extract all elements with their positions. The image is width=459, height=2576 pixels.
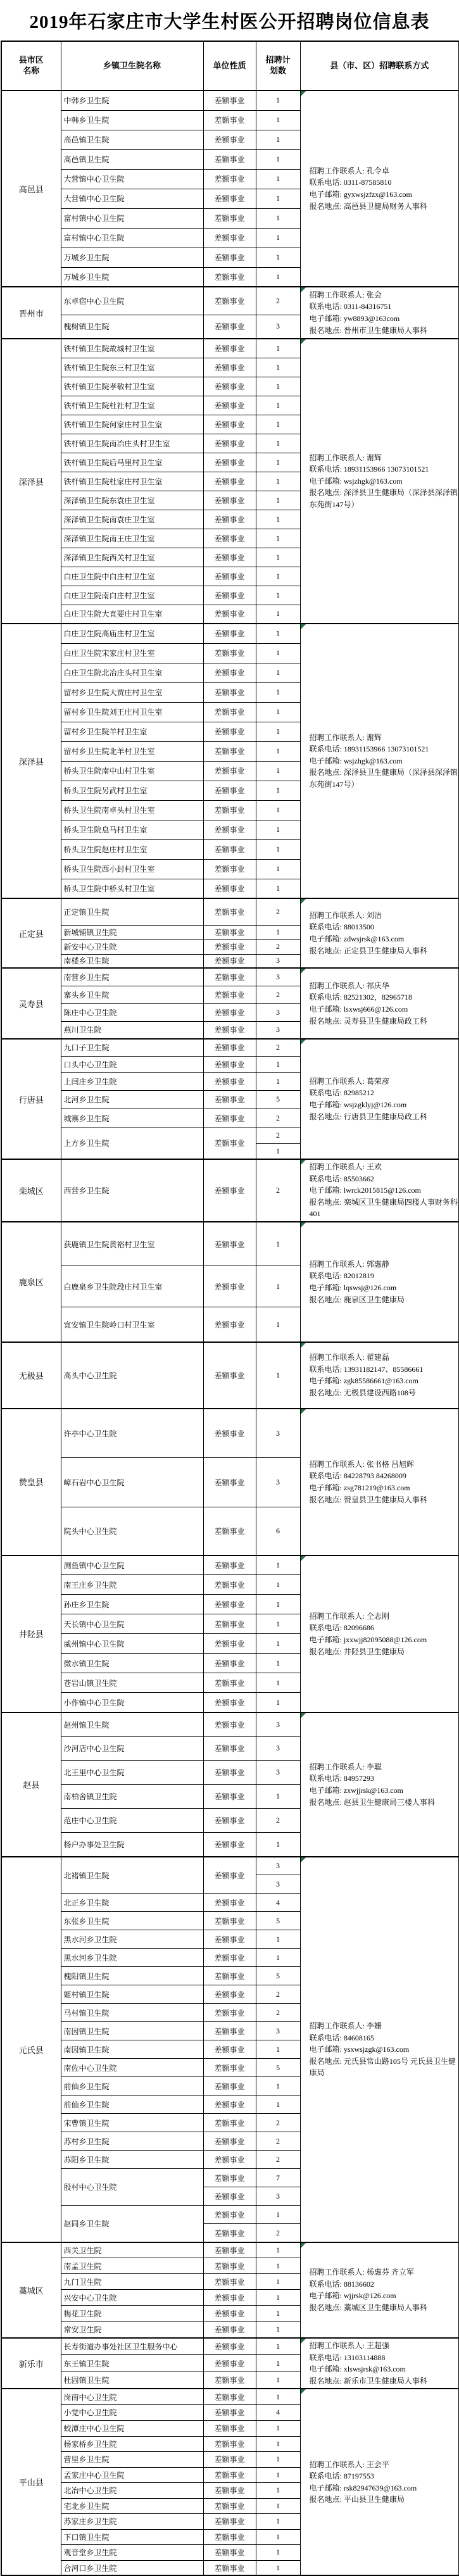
unit-type-cell: 差额事业 bbox=[203, 761, 256, 781]
hospital-cell: 铁杆镇卫生院后马里村卫生室 bbox=[61, 453, 203, 472]
plan-count-cell: 1 bbox=[256, 2095, 300, 2114]
hospital-cell: 高邑镇卫生院 bbox=[61, 130, 203, 149]
plan-count-cell: 1 bbox=[256, 2322, 300, 2338]
unit-type-cell: 差额事业 bbox=[203, 2242, 256, 2258]
hospital-cell: 留村乡卫生院大贾庄村卫生室 bbox=[61, 682, 203, 702]
contact-cell: 招聘工作联系人: 仝志刚联系电话: 82096686电子邮箱: jxxwjj82… bbox=[300, 1555, 459, 1712]
hospital-cell: 苏阳乡卫生院 bbox=[61, 2151, 203, 2169]
unit-type-cell: 差额事业 bbox=[203, 377, 256, 396]
plan-count-cell: 1 bbox=[256, 1056, 300, 1072]
unit-type-cell: 差额事业 bbox=[203, 1109, 256, 1128]
hospital-cell: 范庄中心卫生院 bbox=[61, 1809, 203, 1833]
plan-count-cell: 2 bbox=[256, 1128, 300, 1143]
unit-type-cell: 差额事业 bbox=[203, 624, 256, 643]
hospital-cell: 苏家庄乡卫生院 bbox=[61, 2513, 203, 2529]
plan-count-cell: 1 bbox=[256, 2258, 300, 2274]
unit-type-cell: 差额事业 bbox=[203, 925, 256, 939]
contact-line: 报名地点: 灵寿县卫生健康局政工科 bbox=[310, 1015, 458, 1027]
plan-count-cell: 1 bbox=[256, 1307, 300, 1342]
hospital-cell: 姬村镇卫生院 bbox=[61, 1985, 203, 2004]
unit-type-cell: 差额事业 bbox=[203, 968, 256, 986]
unit-type-cell: 差额事业 bbox=[203, 1021, 256, 1039]
unit-type-cell: 差额事业 bbox=[203, 208, 256, 228]
hospital-cell: 高头中心卫生院 bbox=[61, 1342, 203, 1409]
plan-count-cell: 1 bbox=[256, 2290, 300, 2306]
plan-count-cell: 1 bbox=[256, 1654, 300, 1673]
county-cell: 新乐市 bbox=[1, 2338, 61, 2389]
hospital-cell: 深泽镇卫生院东袁庄卫生室 bbox=[61, 491, 203, 510]
hospital-cell: 城寨乡卫生院 bbox=[61, 1109, 203, 1128]
plan-count-cell: 1 bbox=[256, 2242, 300, 2258]
unit-type-cell: 差额事业 bbox=[203, 149, 256, 169]
hospital-cell: 小作镇中心卫生院 bbox=[61, 1693, 203, 1712]
unit-type-cell: 差额事业 bbox=[203, 2451, 256, 2467]
contact-line: 联系电话: 87197553 bbox=[310, 2470, 458, 2482]
table-body: 高邑县中韩乡卫生院差额事业1招聘工作联系人: 孔令卓联系电话: 0311-875… bbox=[1, 91, 459, 2575]
contact-cell: 招聘工作联系人: 葛荣彦联系电话: 82985212电子邮箱: wsjzgkly… bbox=[300, 1039, 459, 1159]
unit-type-cell: 差额事业 bbox=[203, 110, 256, 130]
plan-count-cell: 1 bbox=[256, 529, 300, 548]
unit-type-cell: 差额事业 bbox=[203, 1761, 256, 1785]
hospital-cell: 测鱼镇中心卫生院 bbox=[61, 1555, 203, 1575]
hospital-cell: 铁杆镇卫生院杜社村卫生室 bbox=[61, 396, 203, 415]
plan-count-cell: 7 bbox=[256, 2169, 300, 2187]
unit-type-cell: 差额事业 bbox=[203, 2151, 256, 2169]
hospital-cell: 铁杆镇卫生院孝敬村卫生室 bbox=[61, 377, 203, 396]
hospital-cell: 杜固镇卫生院 bbox=[61, 2372, 203, 2389]
unit-type-cell: 差额事业 bbox=[203, 2004, 256, 2022]
plan-count-cell: 1 bbox=[256, 567, 300, 586]
contact-line: 联系电话: 18931153966 13073101521 bbox=[310, 463, 458, 475]
unit-type-cell: 差额事业 bbox=[203, 2077, 256, 2095]
unit-type-cell: 差额事业 bbox=[203, 820, 256, 839]
hospital-cell: 陈庄中心卫生院 bbox=[61, 1003, 203, 1021]
plan-count-cell: 3 bbox=[256, 954, 300, 968]
unit-type-cell: 差额事业 bbox=[203, 453, 256, 472]
unit-type-cell: 差额事业 bbox=[203, 2132, 256, 2151]
contact-line: 联系电话: 0311-84316751 bbox=[310, 301, 458, 313]
contact-cell: 招聘工作联系人: 张书格 吕旭辉联系电话: 84228793 84268009电… bbox=[300, 1409, 459, 1555]
hospital-cell: 西关卫生院 bbox=[61, 2242, 203, 2258]
county-cell: 赞皇县 bbox=[1, 1409, 61, 1555]
contact-line: 招聘工作联系人: 谢辉 bbox=[310, 732, 458, 744]
plan-count-cell: 1 bbox=[256, 2306, 300, 2322]
plan-count-cell: 1 bbox=[256, 491, 300, 510]
hospital-cell: 中韩乡卫生院 bbox=[61, 110, 203, 130]
hospital-cell: 万城乡卫生院 bbox=[61, 267, 203, 287]
contact-line: 招聘工作联系人: 祁庆华 bbox=[310, 980, 458, 992]
hospital-cell: 铁杆镇卫生院东三村卫生室 bbox=[61, 358, 203, 377]
hospital-cell: 深泽镇卫生院南袁庄卫生室 bbox=[61, 510, 203, 529]
unit-type-cell: 差额事业 bbox=[203, 2169, 256, 2187]
unit-type-cell: 差额事业 bbox=[203, 722, 256, 741]
contact-line: 招聘工作联系人: 谢辉 bbox=[310, 452, 458, 464]
contact-line: 报名地点: 平山县卫生健康局 bbox=[310, 2494, 458, 2506]
hospital-cell: 深泽镇卫生院南王庄卫生室 bbox=[61, 529, 203, 548]
plan-count-cell: 1 bbox=[256, 702, 300, 722]
plan-count-cell: 1 bbox=[256, 339, 300, 358]
contact-line: 招聘工作联系人: 李聪 bbox=[310, 1761, 458, 1773]
hospital-cell: 桥头卫生院南卓头村卫生室 bbox=[61, 800, 203, 820]
hospital-cell: 白庄卫生院宋家庄村卫生室 bbox=[61, 643, 203, 663]
unit-type-cell: 差额事业 bbox=[203, 315, 256, 339]
plan-count-cell: 1 bbox=[256, 1595, 300, 1614]
unit-type-cell: 差额事业 bbox=[203, 396, 256, 415]
hospital-cell: 新安中心卫生院 bbox=[61, 939, 203, 954]
plan-count-cell: 1 bbox=[256, 434, 300, 453]
hospital-cell: 白庄卫生院高庙庄村卫生室 bbox=[61, 624, 203, 643]
unit-type-cell: 差额事业 bbox=[203, 1159, 256, 1222]
positions-table: 县市区名称乡镇卫生院名称单位性质招聘计划数县（市、区）招聘联系方式 高邑县中韩乡… bbox=[1, 41, 459, 2576]
unit-type-cell: 差额事业 bbox=[203, 1507, 256, 1555]
unit-type-cell: 差额事业 bbox=[203, 1894, 256, 1912]
plan-count-cell: 1 bbox=[256, 110, 300, 130]
hospital-cell: 南楼乡卫生院 bbox=[61, 954, 203, 968]
hospital-cell: 常安卫生院 bbox=[61, 2322, 203, 2338]
hospital-cell: 北冶中心卫生院 bbox=[61, 2482, 203, 2498]
plan-count-cell: 1 bbox=[256, 2389, 300, 2404]
unit-type-cell: 差额事业 bbox=[203, 1737, 256, 1761]
page-title: 2019年石家庄市大学生村医公开招聘岗位信息表 bbox=[0, 0, 459, 41]
hospital-cell: 白庄卫生院南白庄村卫生室 bbox=[61, 586, 203, 605]
plan-count-cell: 1 bbox=[256, 189, 300, 208]
plan-count-cell: 1 bbox=[256, 248, 300, 267]
hospital-cell: 苏村乡卫生院 bbox=[61, 2132, 203, 2151]
contact-line: 报名地点: 新乐市卫生健康局人事科 bbox=[310, 2375, 458, 2387]
plan-count-cell: 1 bbox=[256, 2513, 300, 2529]
hospital-cell: 上方乡卫生院 bbox=[61, 1128, 203, 1159]
contact-line: 联系电话: 13931182147、85586661 bbox=[310, 1364, 458, 1376]
contact-cell: 招聘工作联系人: 刘洁联系电话: 88013500电子邮箱: zdwsjrsk@… bbox=[300, 898, 459, 968]
hospital-cell: 桥头卫生院另武村卫生室 bbox=[61, 781, 203, 800]
unit-type-cell: 差额事业 bbox=[203, 2059, 256, 2077]
hospital-cell: 营里乡卫生院 bbox=[61, 2451, 203, 2467]
unit-type-cell: 差额事业 bbox=[203, 1056, 256, 1072]
hospital-cell: 白庄卫生院北冶庄头村卫生室 bbox=[61, 663, 203, 682]
unit-type-cell: 差额事业 bbox=[203, 2258, 256, 2274]
plan-count-cell: 2 bbox=[256, 2132, 300, 2151]
unit-type-cell: 差额事业 bbox=[203, 2206, 256, 2224]
unit-type-cell: 差额事业 bbox=[203, 1072, 256, 1090]
hospital-cell: 留村乡卫生院北羊村卫生室 bbox=[61, 741, 203, 761]
plan-count-cell: 1 bbox=[256, 2077, 300, 2095]
contact-line: 联系电话: 88013500 bbox=[310, 921, 458, 933]
plan-count-cell: 3 bbox=[256, 1857, 300, 1875]
county-cell: 灵寿县 bbox=[1, 968, 61, 1039]
contact-cell: 招聘工作联系人: 谢辉联系电话: 18931153966 13073101521… bbox=[300, 624, 459, 898]
plan-count-cell: 2 bbox=[256, 1809, 300, 1833]
county-cell: 晋州市 bbox=[1, 287, 61, 339]
plan-count-cell: 2 bbox=[256, 1159, 300, 1222]
contact-line: 招聘工作联系人: 王会平 bbox=[310, 2459, 458, 2471]
contact-cell: 招聘工作联系人: 王超强联系电话: 13103114888电子邮箱: xlsws… bbox=[300, 2338, 459, 2389]
unit-type-cell: 差额事业 bbox=[203, 1693, 256, 1712]
table-row: 无极县高头中心卫生院差额事业1招聘工作联系人: 翟建磊联系电话: 1393118… bbox=[1, 1342, 459, 1409]
contact-line: 招聘工作联系人: 仝志刚 bbox=[310, 1611, 458, 1623]
plan-count-cell: 1 bbox=[256, 2451, 300, 2467]
unit-type-cell: 差额事业 bbox=[203, 2529, 256, 2544]
contact-line: 招聘工作联系人: 李姗 bbox=[310, 2020, 458, 2032]
unit-type-cell: 差额事业 bbox=[203, 2544, 256, 2560]
contact-line: 电子邮箱: zsg781219@163.com bbox=[310, 1482, 458, 1494]
plan-count-cell: 1 bbox=[256, 1693, 300, 1712]
plan-count-cell: 3 bbox=[256, 1712, 300, 1737]
table-row: 深泽县白庄卫生院高庙庄村卫生室差额事业1招聘工作联系人: 谢辉联系电话: 189… bbox=[1, 624, 459, 643]
hospital-cell: 北正乡卫生院 bbox=[61, 1894, 203, 1912]
contact-line: 联系电话: 85503662 bbox=[310, 1173, 458, 1185]
contact-line: 电子邮箱: zgk85586661@163.com bbox=[310, 1375, 458, 1387]
contact-cell: 招聘工作联系人: 谢辉联系电话: 18931153966 13073101521… bbox=[300, 339, 459, 624]
unit-type-cell: 差额事业 bbox=[203, 189, 256, 208]
hospital-cell: 嶂石岩中心卫生院 bbox=[61, 1458, 203, 1507]
hospital-cell: 北褚镇卫生院 bbox=[61, 1857, 203, 1894]
column-header-3: 招聘计划数 bbox=[256, 41, 300, 91]
plan-count-cell: 4 bbox=[256, 1894, 300, 1912]
county-cell: 高邑县 bbox=[1, 91, 61, 287]
hospital-cell: 寨头乡卫生院 bbox=[61, 986, 203, 1003]
plan-count-cell: 2 bbox=[256, 2224, 300, 2242]
unit-type-cell: 差额事业 bbox=[203, 1673, 256, 1693]
hospital-cell: 岗南中心卫生院 bbox=[61, 2389, 203, 2404]
county-cell: 鹿泉区 bbox=[1, 1222, 61, 1342]
unit-type-cell: 差额事业 bbox=[203, 2040, 256, 2059]
contact-line: 电子邮箱: yw8893@163com bbox=[310, 313, 458, 325]
hospital-cell: 白庄卫生院中白庄村卫生室 bbox=[61, 567, 203, 586]
contact-line: 报名地点: 赞皇县卫生健康局人事科 bbox=[310, 1494, 458, 1506]
contact-line: 联系电话: 82521302，82965718 bbox=[310, 991, 458, 1003]
table-row: 正定县正定镇卫生院差额事业2招聘工作联系人: 刘洁联系电话: 88013500电… bbox=[1, 898, 459, 925]
plan-count-cell: 2 bbox=[256, 1985, 300, 2004]
plan-count-cell: 2 bbox=[256, 2114, 300, 2132]
contact-line: 报名地点: 元氏县常山路105号 元氏县卫生健康局 bbox=[310, 2056, 458, 2079]
county-cell: 井陉县 bbox=[1, 1555, 61, 1712]
unit-type-cell: 差额事业 bbox=[203, 1342, 256, 1409]
plan-count-cell: 2 bbox=[256, 939, 300, 954]
unit-type-cell: 差额事业 bbox=[203, 358, 256, 377]
plan-count-cell: 1 bbox=[256, 1143, 300, 1159]
hospital-cell: 南孟卫生院 bbox=[61, 2258, 203, 2274]
unit-type-cell: 差额事业 bbox=[203, 1809, 256, 1833]
plan-count-cell: 3 bbox=[256, 1003, 300, 1021]
county-cell: 藁城区 bbox=[1, 2242, 61, 2338]
unit-type-cell: 差额事业 bbox=[203, 130, 256, 149]
hospital-cell: 铁杆镇卫生院杜家庄村卫生室 bbox=[61, 472, 203, 491]
unit-type-cell: 差额事业 bbox=[203, 2389, 256, 2404]
plan-count-cell: 1 bbox=[256, 820, 300, 839]
county-cell: 深泽县 bbox=[1, 339, 61, 624]
plan-count-cell: 1 bbox=[256, 149, 300, 169]
hospital-cell: 白庄卫生院大直要庄村卫生室 bbox=[61, 605, 203, 624]
hospital-cell: 留村乡卫生院羊村卫生室 bbox=[61, 722, 203, 741]
contact-cell: 招聘工作联系人: 张会联系电话: 0311-84316751电子邮箱: yw88… bbox=[300, 287, 459, 339]
hospital-cell: 宅北乡卫生院 bbox=[61, 2498, 203, 2513]
unit-type-cell: 差额事业 bbox=[203, 1912, 256, 1930]
plan-count-cell: 1 bbox=[256, 1634, 300, 1654]
unit-type-cell: 差额事业 bbox=[203, 567, 256, 586]
plan-count-cell: 1 bbox=[256, 91, 300, 110]
unit-type-cell: 差额事业 bbox=[203, 1967, 256, 1985]
plan-count-cell: 1 bbox=[256, 510, 300, 529]
hospital-cell: 殷村中心卫生院 bbox=[61, 2169, 203, 2206]
unit-type-cell: 差额事业 bbox=[203, 663, 256, 682]
hospital-cell: 南营乡卫生院 bbox=[61, 968, 203, 986]
hospital-cell: 合河口乡卫生院 bbox=[61, 2560, 203, 2575]
contact-cell: 招聘工作联系人: 王会平联系电话: 87197553电子邮箱: rsk82947… bbox=[300, 2389, 459, 2575]
contact-line: 联系电话: 18931153966 13073101521 bbox=[310, 743, 458, 755]
hospital-cell: 富村镇中心卫生院 bbox=[61, 228, 203, 248]
unit-type-cell: 差额事业 bbox=[203, 2355, 256, 2372]
hospital-cell: 铁杆镇卫生院何家庄村卫生室 bbox=[61, 415, 203, 434]
plan-count-cell: 1 bbox=[256, 267, 300, 287]
plan-count-cell: 1 bbox=[256, 208, 300, 228]
hospital-cell: 铁杆镇卫生院故城村卫生室 bbox=[61, 339, 203, 358]
unit-type-cell: 差额事业 bbox=[203, 1222, 256, 1266]
plan-count-cell: 3 bbox=[256, 1761, 300, 1785]
hospital-cell: 万城乡卫生院 bbox=[61, 248, 203, 267]
unit-type-cell: 差额事业 bbox=[203, 287, 256, 315]
contact-cell: 招聘工作联系人: 王欢联系电话: 85503662电子邮箱: lwrck2015… bbox=[300, 1159, 459, 1222]
hospital-cell: 留村乡卫生院刘王庄村卫生室 bbox=[61, 702, 203, 722]
contact-cell: 招聘工作联系人: 李姗联系电话: 84608165电子邮箱: ysxwsjzgk… bbox=[300, 1857, 459, 2242]
unit-type-cell: 差额事业 bbox=[203, 2114, 256, 2132]
plan-count-cell: 3 bbox=[256, 1875, 300, 1894]
hospital-cell: 前仙乡卫生院 bbox=[61, 2095, 203, 2114]
county-cell: 平山县 bbox=[1, 2389, 61, 2575]
contact-line: 电子邮箱: rsk82947639@163.com bbox=[310, 2482, 458, 2494]
plan-count-cell: 1 bbox=[256, 1833, 300, 1857]
hospital-cell: 东王镇卫生院 bbox=[61, 2355, 203, 2372]
plan-count-cell: 1 bbox=[256, 2529, 300, 2544]
unit-type-cell: 差额事业 bbox=[203, 1712, 256, 1737]
plan-count-cell: 1 bbox=[256, 2420, 300, 2436]
unit-type-cell: 差额事业 bbox=[203, 839, 256, 859]
table-row: 灵寿县南营乡卫生院差额事业3招聘工作联系人: 祁庆华联系电话: 82521302… bbox=[1, 968, 459, 986]
contact-line: 报名地点: 深泽县卫生健康局（深泽县深泽镇东苑街147号） bbox=[310, 767, 458, 790]
hospital-cell: 梅花卫生院 bbox=[61, 2306, 203, 2322]
unit-type-cell: 差额事业 bbox=[203, 1003, 256, 1021]
hospital-cell: 杨家桥乡卫生院 bbox=[61, 2436, 203, 2451]
plan-count-cell: 1 bbox=[256, 663, 300, 682]
hospital-cell: 孟家庄中心卫生院 bbox=[61, 2467, 203, 2482]
contact-line: 报名地点: 藁城区卫生健康局人事科 bbox=[310, 2302, 458, 2314]
unit-type-cell: 差额事业 bbox=[203, 2436, 256, 2451]
column-header-4: 县（市、区）招聘联系方式 bbox=[300, 41, 459, 91]
plan-count-cell: 1 bbox=[256, 643, 300, 663]
plan-count-cell: 1 bbox=[256, 1555, 300, 1575]
column-header-0: 县市区名称 bbox=[1, 41, 61, 91]
contact-line: 电子邮箱: xlswsjrsk@163.com bbox=[310, 2363, 458, 2375]
table-row: 高邑县中韩乡卫生院差额事业1招聘工作联系人: 孔令卓联系电话: 0311-875… bbox=[1, 91, 459, 110]
unit-type-cell: 差额事业 bbox=[203, 2274, 256, 2290]
hospital-cell: 南因镇卫生院 bbox=[61, 2022, 203, 2040]
hospital-cell: 深泽镇卫生院西关村卫生室 bbox=[61, 548, 203, 567]
plan-count-cell: 2 bbox=[256, 2151, 300, 2169]
plan-count-cell: 5 bbox=[256, 2059, 300, 2077]
unit-type-cell: 差额事业 bbox=[203, 2022, 256, 2040]
unit-type-cell: 差额事业 bbox=[203, 510, 256, 529]
hospital-cell: 宜安镇卫生院岭口村卫生室 bbox=[61, 1307, 203, 1342]
unit-type-cell: 差额事业 bbox=[203, 169, 256, 189]
unit-type-cell: 差额事业 bbox=[203, 1857, 256, 1894]
hospital-cell: 小觉中心卫生院 bbox=[61, 2404, 203, 2420]
contact-line: 招聘工作联系人: 王欢 bbox=[310, 1161, 458, 1173]
hospital-cell: 正定镇卫生院 bbox=[61, 898, 203, 925]
hospital-cell: 南佐中心卫生院 bbox=[61, 2059, 203, 2077]
hospital-cell: 兴安中心卫生院 bbox=[61, 2290, 203, 2306]
hospital-cell: 下口镇卫生院 bbox=[61, 2529, 203, 2544]
hospital-cell: 赵州镇卫生院 bbox=[61, 1712, 203, 1737]
hospital-cell: 沙河店中心卫生院 bbox=[61, 1737, 203, 1761]
contact-line: 联系电话: 82096686 bbox=[310, 1622, 458, 1634]
hospital-cell: 中韩乡卫生院 bbox=[61, 91, 203, 110]
hospital-cell: 白鹿泉乡卫生院段庄村卫生室 bbox=[61, 1266, 203, 1307]
unit-type-cell: 差额事业 bbox=[203, 491, 256, 510]
plan-count-cell: 1 bbox=[256, 2560, 300, 2575]
plan-count-cell: 1 bbox=[256, 2482, 300, 2498]
hospital-cell: 富村镇中心卫生院 bbox=[61, 208, 203, 228]
hospital-cell: 赵同乡卫生院 bbox=[61, 2206, 203, 2242]
unit-type-cell: 差额事业 bbox=[203, 2467, 256, 2482]
hospital-cell: 北河乡卫生院 bbox=[61, 1090, 203, 1109]
hospital-cell: 院头中心卫生院 bbox=[61, 1507, 203, 1555]
header-row: 县市区名称乡镇卫生院名称单位性质招聘计划数县（市、区）招聘联系方式 bbox=[1, 41, 459, 91]
unit-type-cell: 差额事业 bbox=[203, 781, 256, 800]
plan-count-cell: 1 bbox=[256, 1575, 300, 1595]
unit-type-cell: 差额事业 bbox=[203, 1595, 256, 1614]
hospital-cell: 南因镇卫生院 bbox=[61, 2040, 203, 2059]
table-row: 晋州市东卓宿中心卫生院差额事业2招聘工作联系人: 张会联系电话: 0311-84… bbox=[1, 287, 459, 315]
plan-count-cell: 5 bbox=[256, 1912, 300, 1930]
table-row: 栾城区西营乡卫生院差额事业2招聘工作联系人: 王欢联系电话: 85503662电… bbox=[1, 1159, 459, 1222]
contact-line: 招聘工作联系人: 孔令卓 bbox=[310, 165, 458, 177]
hospital-cell: 新城铺镇卫生院 bbox=[61, 925, 203, 939]
unit-type-cell: 差额事业 bbox=[203, 2498, 256, 2513]
contact-line: 电子邮箱: ysxwsjzgk@163.com bbox=[310, 2044, 458, 2056]
unit-type-cell: 差额事业 bbox=[203, 267, 256, 287]
plan-count-cell: 1 bbox=[256, 1614, 300, 1634]
contact-line: 报名地点: 赵县卫生健康局三楼人事科 bbox=[310, 1797, 458, 1809]
hospital-cell: 桥头卫生院息马村卫生室 bbox=[61, 820, 203, 839]
unit-type-cell: 差额事业 bbox=[203, 741, 256, 761]
unit-type-cell: 差额事业 bbox=[203, 91, 256, 110]
contact-line: 报名地点: 井陉县卫生健康局 bbox=[310, 1646, 458, 1658]
hospital-cell: 大营镇中心卫生院 bbox=[61, 169, 203, 189]
plan-count-cell: 1 bbox=[256, 781, 300, 800]
unit-type-cell: 差额事业 bbox=[203, 1090, 256, 1109]
plan-count-cell: 1 bbox=[256, 586, 300, 605]
contact-line: 电子邮箱: wsjzhgk@163.com bbox=[310, 755, 458, 767]
unit-type-cell: 差额事业 bbox=[203, 800, 256, 820]
plan-count-cell: 3 bbox=[256, 2022, 300, 2040]
unit-type-cell: 差额事业 bbox=[203, 1614, 256, 1634]
unit-type-cell: 差额事业 bbox=[203, 879, 256, 898]
contact-line: 报名地点: 栾城区卫生健康局四楼人事财务科401 bbox=[310, 1197, 458, 1220]
hospital-cell: 铁杆镇卫生院南冶庄头村卫生室 bbox=[61, 434, 203, 453]
unit-type-cell: 差额事业 bbox=[203, 643, 256, 663]
hospital-cell: 南柏舍镇卫生院 bbox=[61, 1785, 203, 1809]
plan-count-cell: 1 bbox=[256, 228, 300, 248]
contact-line: 报名地点: 正定县卫生健康局人事科 bbox=[310, 945, 458, 957]
plan-count-cell: 1 bbox=[256, 2206, 300, 2224]
contact-line: 招聘工作联系人: 张书格 吕旭辉 bbox=[310, 1459, 458, 1471]
county-cell: 无极县 bbox=[1, 1342, 61, 1409]
unit-type-cell: 差额事业 bbox=[203, 682, 256, 702]
contact-line: 招聘工作联系人: 杨惠芬 齐立军 bbox=[310, 2266, 458, 2278]
contact-line: 联系电话: 84957293 bbox=[310, 1773, 458, 1785]
plan-count-cell: 1 bbox=[256, 2274, 300, 2290]
unit-type-cell: 差额事业 bbox=[203, 548, 256, 567]
plan-count-cell: 2 bbox=[256, 2004, 300, 2022]
